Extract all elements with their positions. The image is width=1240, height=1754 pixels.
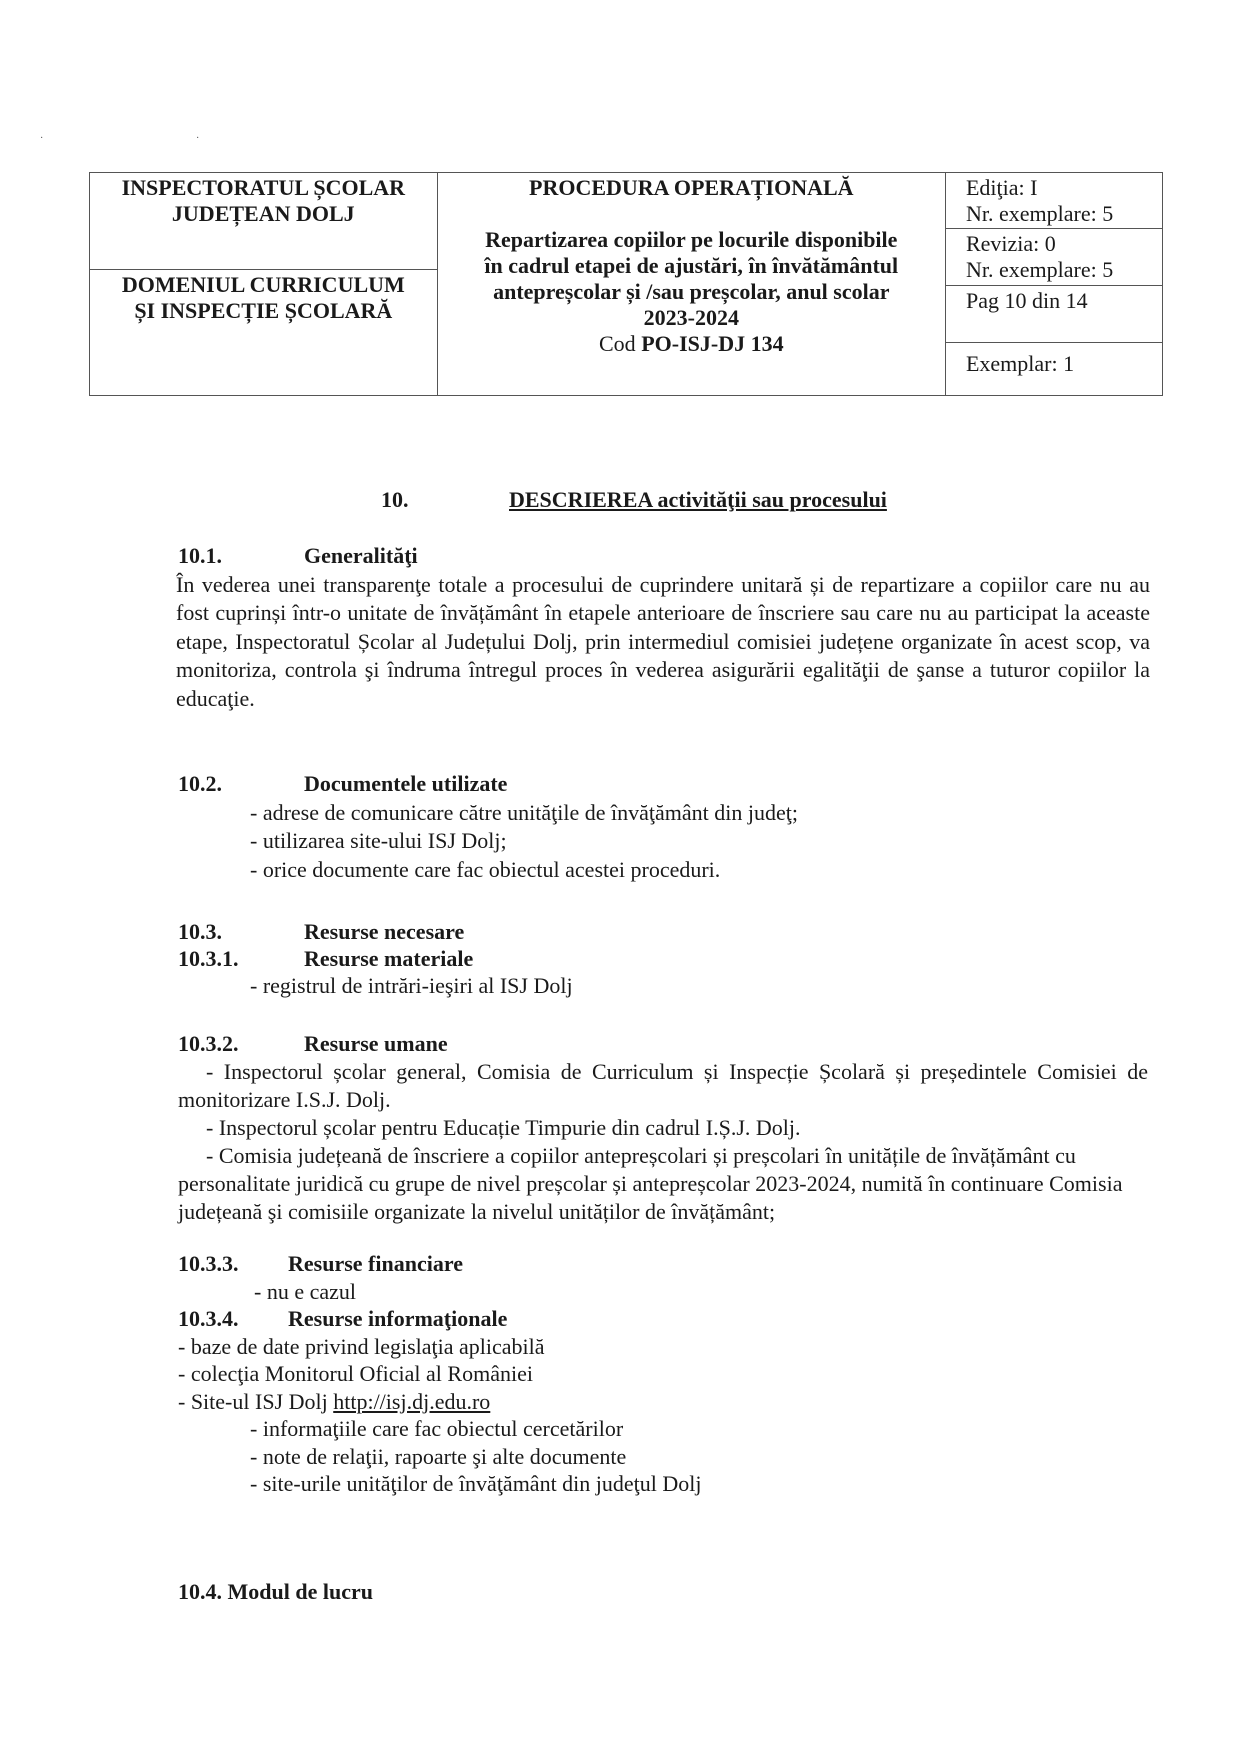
list-item: - informaţiile care fac obiectul cercetă… (178, 1415, 1148, 1443)
subsection-heading: 10.3.3.Resurse financiare (178, 1250, 1148, 1278)
institution-name: INSPECTORATUL ȘCOLAR JUDEȚEAN DOLJ (90, 173, 437, 269)
list-item: - adrese de comunicare către unităţile d… (178, 799, 1148, 828)
page-number: Pag 10 din 14 (956, 286, 1162, 314)
copies-count: Nr. exemplare: 5 (956, 201, 1162, 227)
list-item: - utilizarea site-ului ISJ Dolj; (178, 827, 1148, 856)
scan-speck: · (196, 133, 199, 144)
document-header-table: INSPECTORATUL ȘCOLAR JUDEȚEAN DOLJ DOMEN… (89, 172, 1163, 396)
header-edition-info: Ediţia: I Nr. exemplare: 5 Revizia: 0 Nr… (945, 173, 1162, 396)
list-item: - nu e cazul (178, 1278, 1148, 1306)
section-10-2: 10.2.Documentele utilizate - adrese de c… (178, 770, 1148, 884)
header-institution: INSPECTORATUL ȘCOLAR JUDEȚEAN DOLJ DOMEN… (90, 173, 438, 396)
list-item: - registrul de intrări-ieşiri al ISJ Dol… (178, 972, 1148, 999)
subsection-heading: 10.2.Documentele utilizate (178, 770, 1148, 799)
list-item: - orice documente care fac obiectul aces… (178, 856, 1148, 885)
section-10-3-2: 10.3.2.Resurse umane - Inspectorul școla… (178, 1030, 1148, 1226)
subsection-heading: 10.3.Resurse necesare (178, 918, 1148, 945)
procedure-title: PROCEDURA OPERAȚIONALĂ (438, 175, 945, 201)
section-10-4-heading: 10.4. Modul de lucru (178, 1578, 1148, 1607)
list-item: - colecţia Monitorul Oficial al României (178, 1360, 1148, 1388)
section-10-1: 10.1.Generalităţi În vederea unei transp… (178, 542, 1148, 713)
revision: Revizia: 0 (956, 229, 1162, 257)
paragraph: - Inspectorul școlar general, Comisia de… (178, 1058, 1148, 1114)
procedure-code: Cod PO-ISJ-DJ 134 (438, 331, 945, 357)
procedure-subtitle: Repartizarea copiilor pe locurile dispon… (438, 227, 945, 331)
subsection-heading: 10.3.4.Resurse informaţionale (178, 1305, 1148, 1333)
subsection-heading: 10.3.2.Resurse umane (178, 1030, 1148, 1058)
list-item: - baze de date privind legislaţia aplica… (178, 1333, 1148, 1361)
edition: Ediţia: I (956, 173, 1162, 201)
header-procedure: PROCEDURA OPERAȚIONALĂ Repartizarea copi… (437, 173, 945, 396)
paragraph: - Comisia județeană de înscriere a copii… (178, 1142, 1148, 1226)
subsection-heading: 10.1.Generalităţi (178, 542, 1148, 571)
list-item: - Site-ul ISJ Dolj http://isj.dj.edu.ro (178, 1388, 1148, 1416)
scan-speck: · (40, 133, 43, 144)
paragraph: - Inspectorul școlar pentru Educație Tim… (178, 1114, 1148, 1142)
subsection-heading: 10.3.1.Resurse materiale (178, 945, 1148, 972)
section-10-3: 10.3.Resurse necesare 10.3.1.Resurse mat… (178, 918, 1148, 999)
isj-site-link[interactable]: http://isj.dj.edu.ro (333, 1389, 490, 1414)
copies-count: Nr. exemplare: 5 (956, 257, 1162, 283)
list-item: - note de relaţii, rapoarte şi alte docu… (178, 1443, 1148, 1471)
paragraph: În vederea unei transparenţe totale a pr… (176, 571, 1150, 714)
section-title: 10.DESCRIEREA activităţii sau procesului (381, 487, 887, 513)
copy-number: Exemplar: 1 (956, 343, 1162, 377)
list-item: - site-urile unităţilor de învăţământ di… (178, 1470, 1148, 1498)
section-10-3-3: 10.3.3.Resurse financiare - nu e cazul 1… (178, 1250, 1148, 1498)
domain-name: DOMENIUL CURRICULUM ȘI INSPECȚIE ȘCOLARĂ (90, 269, 437, 332)
